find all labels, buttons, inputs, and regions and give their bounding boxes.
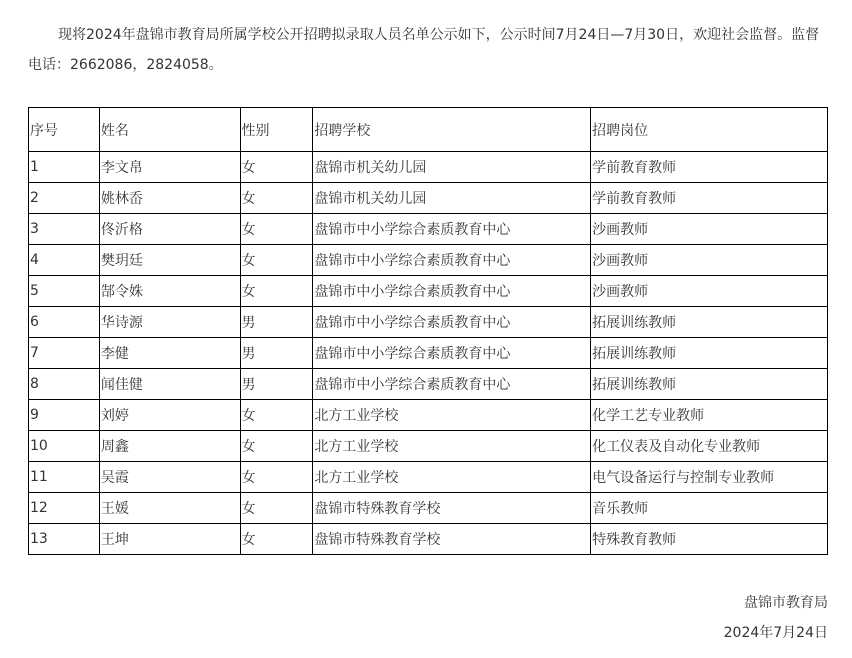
cell-name: 周鑫 — [99, 431, 240, 462]
cell-position: 沙画教师 — [591, 214, 828, 245]
table-row: 13 王坤 女 盘锦市特殊教育学校 特殊教育教师 — [29, 524, 828, 555]
cell-school: 盘锦市机关幼儿园 — [313, 152, 591, 183]
table-row: 5 郜令姝 女 盘锦市中小学综合素质教育中心 沙画教师 — [29, 276, 828, 307]
header-serial-number: 序号 — [29, 108, 100, 152]
header-position: 招聘岗位 — [591, 108, 828, 152]
cell-gender: 女 — [240, 493, 313, 524]
cell-school: 盘锦市中小学综合素质教育中心 — [313, 276, 591, 307]
table-row: 11 吴霞 女 北方工业学校 电气设备运行与控制专业教师 — [29, 462, 828, 493]
cell-gender: 男 — [240, 307, 313, 338]
cell-serial-number: 1 — [29, 152, 100, 183]
cell-serial-number: 2 — [29, 183, 100, 214]
cell-position: 拓展训练教师 — [591, 338, 828, 369]
table-row: 4 樊玥廷 女 盘锦市中小学综合素质教育中心 沙画教师 — [29, 245, 828, 276]
table-row: 8 闻佳健 男 盘锦市中小学综合素质教育中心 拓展训练教师 — [29, 369, 828, 400]
table-row: 3 佟沂格 女 盘锦市中小学综合素质教育中心 沙画教师 — [29, 214, 828, 245]
cell-serial-number: 12 — [29, 493, 100, 524]
cell-school: 盘锦市机关幼儿园 — [313, 183, 591, 214]
cell-position: 电气设备运行与控制专业教师 — [591, 462, 828, 493]
cell-school: 盘锦市特殊教育学校 — [313, 493, 591, 524]
cell-gender: 女 — [240, 214, 313, 245]
issuer-name: 盘锦市教育局 — [724, 588, 828, 618]
cell-serial-number: 3 — [29, 214, 100, 245]
cell-gender: 女 — [240, 524, 313, 555]
cell-position: 拓展训练教师 — [591, 369, 828, 400]
cell-school: 北方工业学校 — [313, 462, 591, 493]
cell-name: 佟沂格 — [99, 214, 240, 245]
admission-list-table: 序号 姓名 性别 招聘学校 招聘岗位 1 李文帛 女 盘锦市机关幼儿园 学前教育… — [28, 107, 828, 555]
table-row: 9 刘婷 女 北方工业学校 化学工艺专业教师 — [29, 400, 828, 431]
cell-school: 北方工业学校 — [313, 400, 591, 431]
table-row: 10 周鑫 女 北方工业学校 化工仪表及自动化专业教师 — [29, 431, 828, 462]
table-row: 12 王媛 女 盘锦市特殊教育学校 音乐教师 — [29, 493, 828, 524]
cell-school: 盘锦市特殊教育学校 — [313, 524, 591, 555]
cell-name: 李文帛 — [99, 152, 240, 183]
cell-name: 樊玥廷 — [99, 245, 240, 276]
cell-name: 闻佳健 — [99, 369, 240, 400]
cell-name: 华诗源 — [99, 307, 240, 338]
cell-gender: 女 — [240, 183, 313, 214]
table-row: 7 李健 男 盘锦市中小学综合素质教育中心 拓展训练教师 — [29, 338, 828, 369]
cell-serial-number: 5 — [29, 276, 100, 307]
cell-school: 盘锦市中小学综合素质教育中心 — [313, 245, 591, 276]
cell-position: 拓展训练教师 — [591, 307, 828, 338]
cell-position: 学前教育教师 — [591, 152, 828, 183]
table-row: 6 华诗源 男 盘锦市中小学综合素质教育中心 拓展训练教师 — [29, 307, 828, 338]
cell-gender: 男 — [240, 369, 313, 400]
header-name: 姓名 — [99, 108, 240, 152]
cell-school: 盘锦市中小学综合素质教育中心 — [313, 338, 591, 369]
cell-serial-number: 13 — [29, 524, 100, 555]
cell-gender: 女 — [240, 431, 313, 462]
cell-school: 盘锦市中小学综合素质教育中心 — [313, 369, 591, 400]
cell-gender: 女 — [240, 245, 313, 276]
cell-school: 北方工业学校 — [313, 431, 591, 462]
cell-position: 特殊教育教师 — [591, 524, 828, 555]
cell-position: 化学工艺专业教师 — [591, 400, 828, 431]
cell-serial-number: 10 — [29, 431, 100, 462]
cell-serial-number: 11 — [29, 462, 100, 493]
cell-name: 姚林岙 — [99, 183, 240, 214]
cell-position: 音乐教师 — [591, 493, 828, 524]
cell-position: 化工仪表及自动化专业教师 — [591, 431, 828, 462]
issue-date: 2024年7月24日 — [724, 618, 828, 648]
cell-name: 郜令姝 — [99, 276, 240, 307]
cell-position: 学前教育教师 — [591, 183, 828, 214]
table-row: 2 姚林岙 女 盘锦市机关幼儿园 学前教育教师 — [29, 183, 828, 214]
cell-school: 盘锦市中小学综合素质教育中心 — [313, 307, 591, 338]
cell-name: 吴霞 — [99, 462, 240, 493]
table-header-row: 序号 姓名 性别 招聘学校 招聘岗位 — [29, 108, 828, 152]
cell-gender: 女 — [240, 400, 313, 431]
cell-gender: 女 — [240, 152, 313, 183]
notice-intro-paragraph: 现将2024年盘锦市教育局所属学校公开招聘拟录取人员名单公示如下，公示时间7月2… — [28, 20, 828, 80]
cell-name: 李健 — [99, 338, 240, 369]
cell-serial-number: 9 — [29, 400, 100, 431]
cell-gender: 女 — [240, 276, 313, 307]
cell-serial-number: 6 — [29, 307, 100, 338]
cell-serial-number: 7 — [29, 338, 100, 369]
cell-name: 王坤 — [99, 524, 240, 555]
cell-serial-number: 4 — [29, 245, 100, 276]
cell-position: 沙画教师 — [591, 276, 828, 307]
cell-gender: 女 — [240, 462, 313, 493]
signature-block: 盘锦市教育局 2024年7月24日 — [724, 588, 828, 648]
cell-name: 刘婷 — [99, 400, 240, 431]
cell-position: 沙画教师 — [591, 245, 828, 276]
header-gender: 性别 — [240, 108, 313, 152]
table-row: 1 李文帛 女 盘锦市机关幼儿园 学前教育教师 — [29, 152, 828, 183]
cell-gender: 男 — [240, 338, 313, 369]
cell-serial-number: 8 — [29, 369, 100, 400]
cell-school: 盘锦市中小学综合素质教育中心 — [313, 214, 591, 245]
cell-name: 王媛 — [99, 493, 240, 524]
header-school: 招聘学校 — [313, 108, 591, 152]
